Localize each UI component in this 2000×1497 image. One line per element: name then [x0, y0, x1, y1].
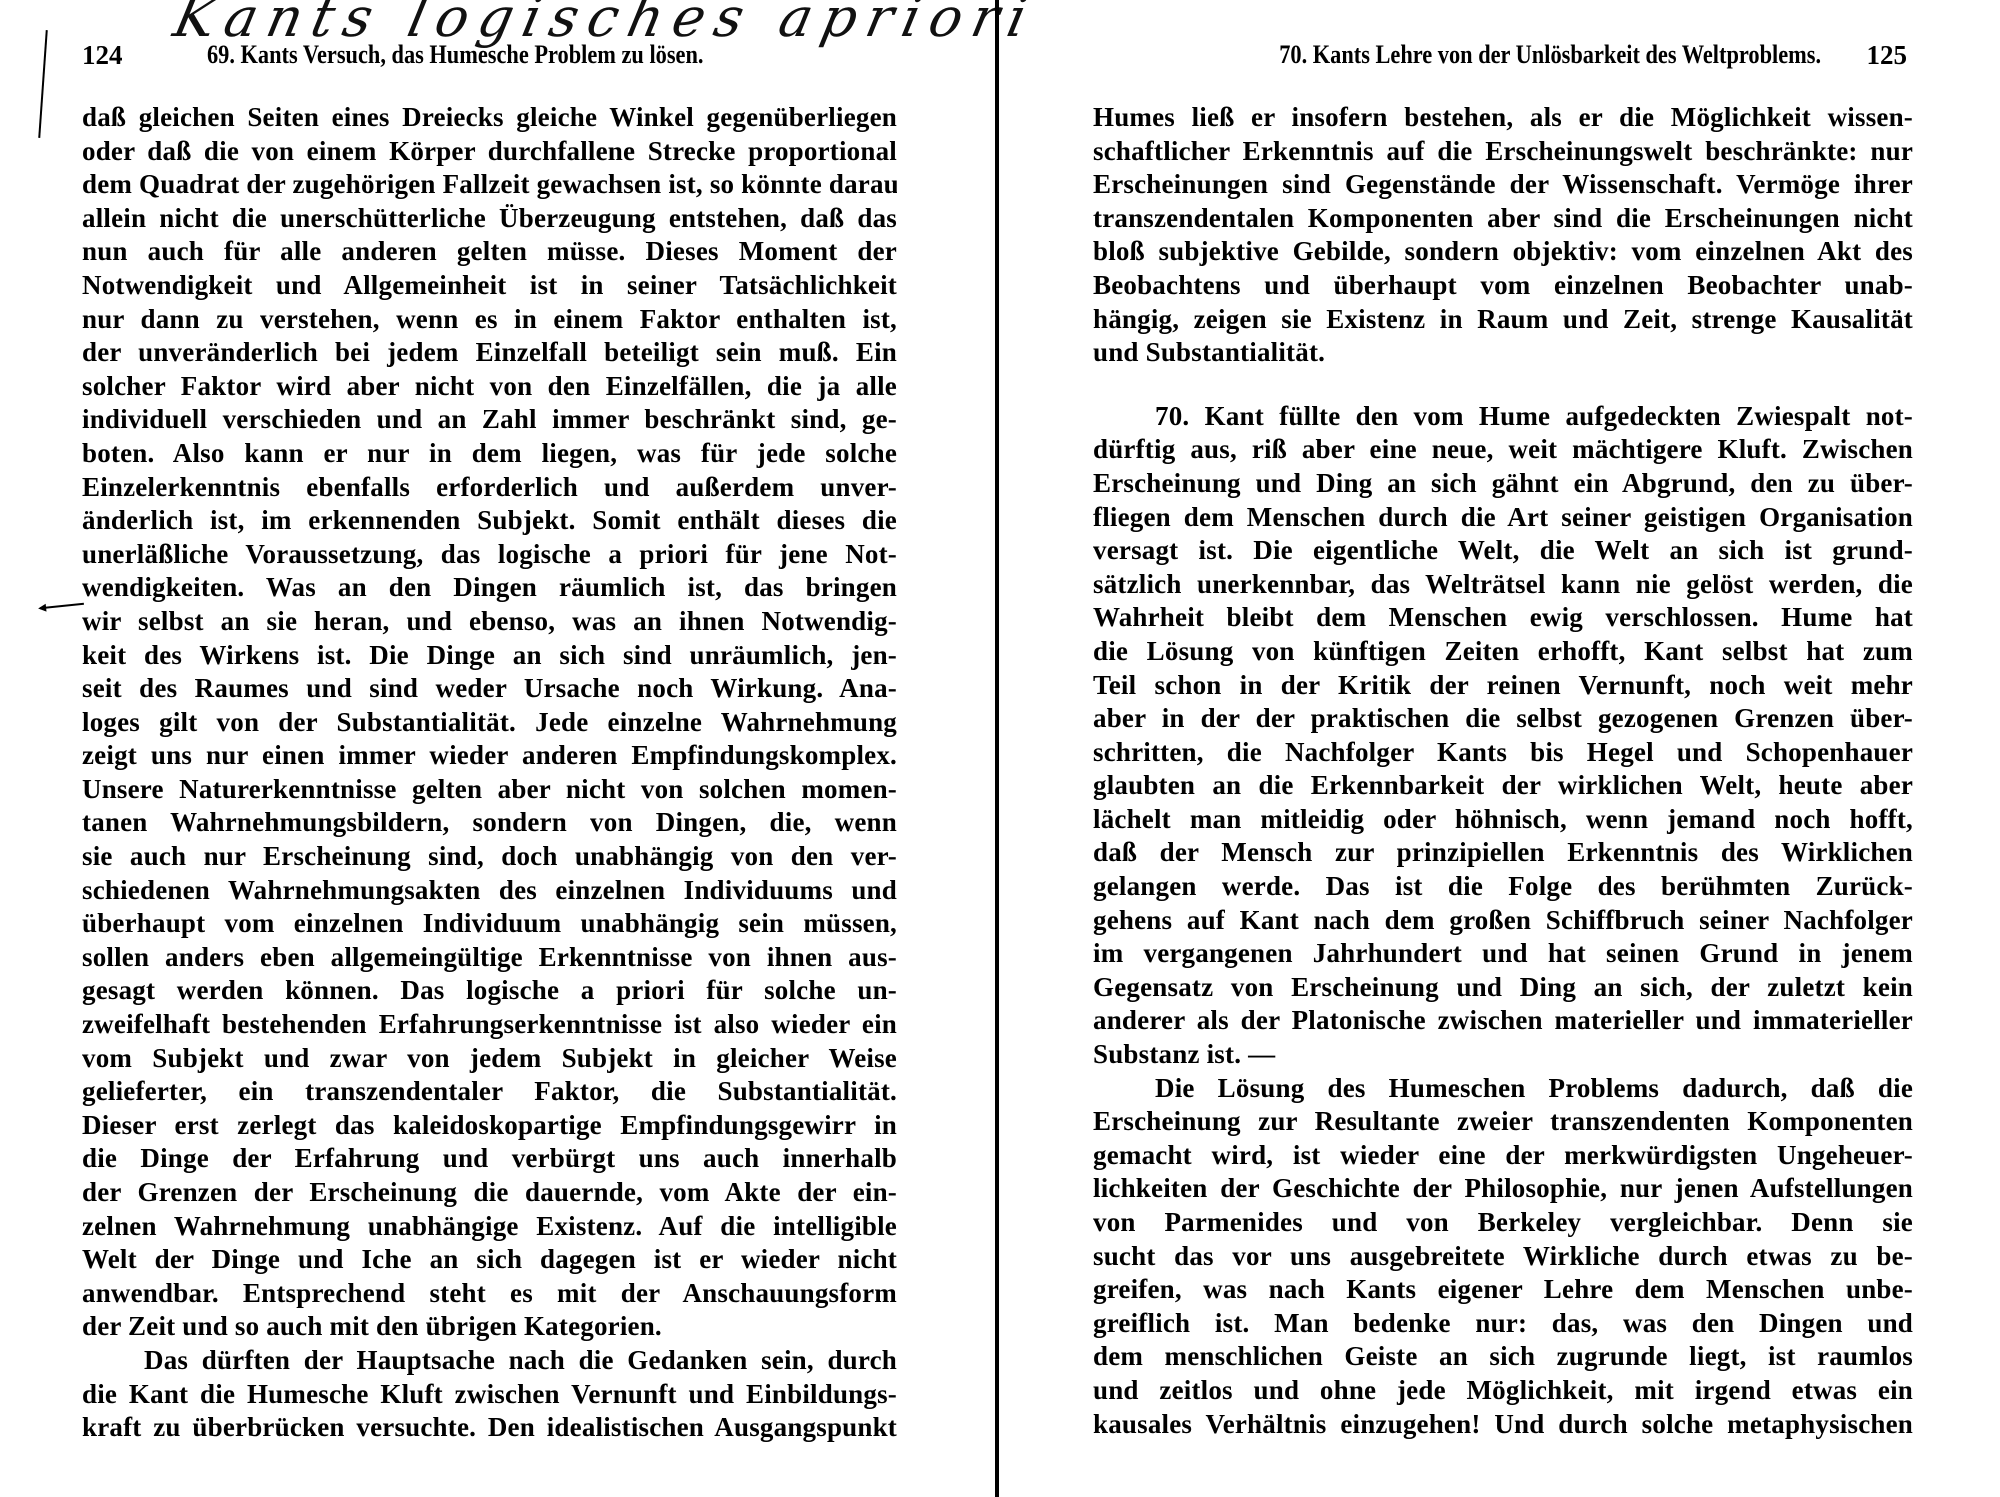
text-line: bloß subjektive Gebilde, sondern objekti…: [1093, 235, 1913, 269]
text-line: änderlich ist, im erkennenden Subjekt. S…: [82, 504, 897, 538]
text-line: glaubten an die Erkennbarkeit der wirkli…: [1093, 769, 1913, 803]
text-line: Wahrheit bleibt dem Menschen ewig versch…: [1093, 601, 1913, 635]
margin-pen-mark: [38, 30, 48, 138]
text-line: Dieser erst zerlegt das kaleidoskopartig…: [82, 1109, 897, 1143]
text-line: wendigkeiten. Was an den Dingen räumlich…: [82, 571, 897, 605]
text-line: Welt der Dinge und Iche an sich dagegen …: [82, 1243, 897, 1277]
text-line: loges gilt von der Substantialität. Jede…: [82, 706, 897, 740]
text-line: daß gleichen Seiten eines Dreiecks gleic…: [82, 101, 897, 135]
text-line: gelieferter, ein transzendentaler Faktor…: [82, 1075, 897, 1109]
text-line: zweifelhaft bestehenden Erfahrungserkenn…: [82, 1008, 897, 1042]
text-line: wir selbst an sie heran, und ebenso, was…: [82, 605, 897, 639]
running-head-title: 69. Kants Versuch, das Humesche Problem …: [207, 38, 704, 72]
text-line: unerläßliche Voraussetzung, das logische…: [82, 538, 897, 572]
text-line: Erscheinungen sind Gegenstände der Wisse…: [1093, 168, 1913, 202]
text-line: individuell verschieden und an Zahl imme…: [82, 403, 897, 437]
text-line: anderer als der Platonische zwischen mat…: [1093, 1004, 1913, 1038]
text-line: tanen Wahrnehmungsbildern, sondern von D…: [82, 806, 897, 840]
text-line: lichkeiten der Geschichte der Philosophi…: [1093, 1172, 1913, 1206]
text-line: Unsere Naturerkenntnisse gelten aber nic…: [82, 773, 897, 807]
text-line: überhaupt vom einzelnen Individuum unabh…: [82, 907, 897, 941]
text-line: solcher Faktor wird aber nicht von den E…: [82, 370, 897, 404]
text-line: Notwendigkeit und Allgemeinheit ist in s…: [82, 269, 897, 303]
text-line: schiedenen Wahrnehmungsakten des einzeln…: [82, 874, 897, 908]
text-line: gesagt werden können. Das logische a pri…: [82, 974, 897, 1008]
running-head-title: 70. Kants Lehre von der Unlösbarkeit des…: [1279, 38, 1821, 72]
text-line: seit des Raumes und sind weder Ursache n…: [82, 672, 897, 706]
right-page-body: Humes ließ er insofern bestehen, als er …: [1093, 101, 1913, 1441]
text-line: Erscheinung und Ding an sich gähnt ein A…: [1093, 467, 1913, 501]
text-line: gelangen werde. Das ist die Folge des be…: [1093, 870, 1913, 904]
text-line: schritten, die Nachfolger Kants bis Hege…: [1093, 736, 1913, 770]
page-number: 124: [82, 38, 123, 72]
text-line: zelnen Wahrnehmung unabhängige Existenz.…: [82, 1210, 897, 1244]
text-line: oder daß die von einem Körper durchfalle…: [82, 135, 897, 169]
text-line: sollen anders eben allgemeingültige Erke…: [82, 941, 897, 975]
text-line: dem Quadrat der zugehörigen Fallzeit gew…: [82, 168, 897, 202]
text-line: und zeitlos und ohne jede Möglichkeit, m…: [1093, 1374, 1913, 1408]
text-line: Substanz ist. —: [1093, 1038, 1913, 1072]
text-line: gemacht wird, ist wieder eine der merkwü…: [1093, 1139, 1913, 1173]
text-line: anwendbar. Entsprechend steht es mit der…: [82, 1277, 897, 1311]
text-line-paragraph-start: Das dürften der Hauptsache nach die Geda…: [82, 1344, 897, 1378]
text-line: kraft zu überbrücken versuchte. Den idea…: [82, 1411, 897, 1445]
text-line: sie auch nur Erscheinung sind, doch unab…: [82, 840, 897, 874]
text-line: fliegen dem Menschen durch die Art seine…: [1093, 501, 1913, 535]
text-line: die Lösung von künftigen Zeiten erhofft,…: [1093, 635, 1913, 669]
text-line: der unveränderlich bei jedem Einzelfall …: [82, 336, 897, 370]
text-line: daß der Mensch zur prinzipiellen Erkennt…: [1093, 836, 1913, 870]
section-gap: [1093, 370, 1913, 400]
text-line: nur dann zu verstehen, wenn es in einem …: [82, 303, 897, 337]
running-header-right: 70. Kants Lehre von der Unlösbarkeit des…: [1093, 38, 1913, 72]
text-line: gehens auf Kant nach dem großen Schiffbr…: [1093, 904, 1913, 938]
text-line: hängig, zeigen sie Existenz in Raum und …: [1093, 303, 1913, 337]
section-heading-line: 70. Kant füllte den vom Hume aufgedeckte…: [1093, 400, 1913, 434]
text-line: dürftig aus, riß aber eine neue, weit mä…: [1093, 433, 1913, 467]
text-line: Gegensatz von Erscheinung und Ding an si…: [1093, 971, 1913, 1005]
right-page: 70. Kants Lehre von der Unlösbarkeit des…: [998, 0, 2000, 1497]
text-line: aber in der der praktischen die selbst g…: [1093, 702, 1913, 736]
section-number: 70.: [1155, 401, 1189, 431]
text-line: keit des Wirkens ist. Die Dinge an sich …: [82, 639, 897, 673]
text-line: versagt ist. Die eigentliche Welt, die W…: [1093, 534, 1913, 568]
text-line: sucht das vor uns ausgebreitete Wirklich…: [1093, 1240, 1913, 1274]
text-line: Kant füllte den vom Hume aufgedeckten Zw…: [1205, 401, 1913, 431]
text-line: schaftlicher Erkenntnis auf die Erschein…: [1093, 135, 1913, 169]
margin-arrow-icon: [40, 603, 84, 610]
text-line: von Parmenides und von Berkeley vergleic…: [1093, 1206, 1913, 1240]
text-line: und Substantialität.: [1093, 336, 1913, 370]
page-number: 125: [1867, 38, 1908, 72]
text-line: der Grenzen der Erscheinung die dauernde…: [82, 1176, 897, 1210]
running-header-left: 124 69. Kants Versuch, das Humesche Prob…: [82, 38, 902, 72]
text-line: boten. Also kann er nur in dem liegen, w…: [82, 437, 897, 471]
text-line: Beobachtens und überhaupt vom einzelnen …: [1093, 269, 1913, 303]
text-line: vom Subjekt und zwar von jedem Subjekt i…: [82, 1042, 897, 1076]
text-line: greifen, was nach Kants eigener Lehre de…: [1093, 1273, 1913, 1307]
text-line: die Kant die Humesche Kluft zwischen Ver…: [82, 1378, 897, 1412]
text-line: Einzelerkenntnis ebenfalls erforderlich …: [82, 471, 897, 505]
text-line: lächelt man mitleidig oder höhnisch, wen…: [1093, 803, 1913, 837]
left-page: Kants logisches apriori 124 69. Kants Ve…: [0, 0, 995, 1497]
text-line: Humes ließ er insofern bestehen, als er …: [1093, 101, 1913, 135]
text-line: Teil schon in der Kritik der reinen Vern…: [1093, 669, 1913, 703]
text-line: dem menschlichen Geiste an sich zugrunde…: [1093, 1340, 1913, 1374]
text-line: die Dinge der Erfahrung und verbürgt uns…: [82, 1142, 897, 1176]
text-line: nun auch für alle anderen gelten müsse. …: [82, 235, 897, 269]
text-line: allein nicht die unerschütterliche Überz…: [82, 202, 897, 236]
text-line: der Zeit und so auch mit den übrigen Kat…: [82, 1310, 897, 1344]
text-line: Erscheinung zur Resultante zweier transz…: [1093, 1105, 1913, 1139]
text-line: greiflich ist. Man bedenke nur: das, was…: [1093, 1307, 1913, 1341]
text-line: sätzlich unerkennbar, das Welträtsel kan…: [1093, 568, 1913, 602]
text-line: transzendentalen Komponenten aber sind d…: [1093, 202, 1913, 236]
text-line: kausales Verhältnis einzugehen! Und durc…: [1093, 1408, 1913, 1442]
text-line: zeigt uns nur einen immer wieder anderen…: [82, 739, 897, 773]
left-page-body: daß gleichen Seiten eines Dreiecks gleic…: [82, 101, 897, 1445]
text-line-paragraph-start: Die Lösung des Humeschen Problems dadurc…: [1093, 1072, 1913, 1106]
text-line: im vergangenen Jahrhundert und hat seine…: [1093, 937, 1913, 971]
